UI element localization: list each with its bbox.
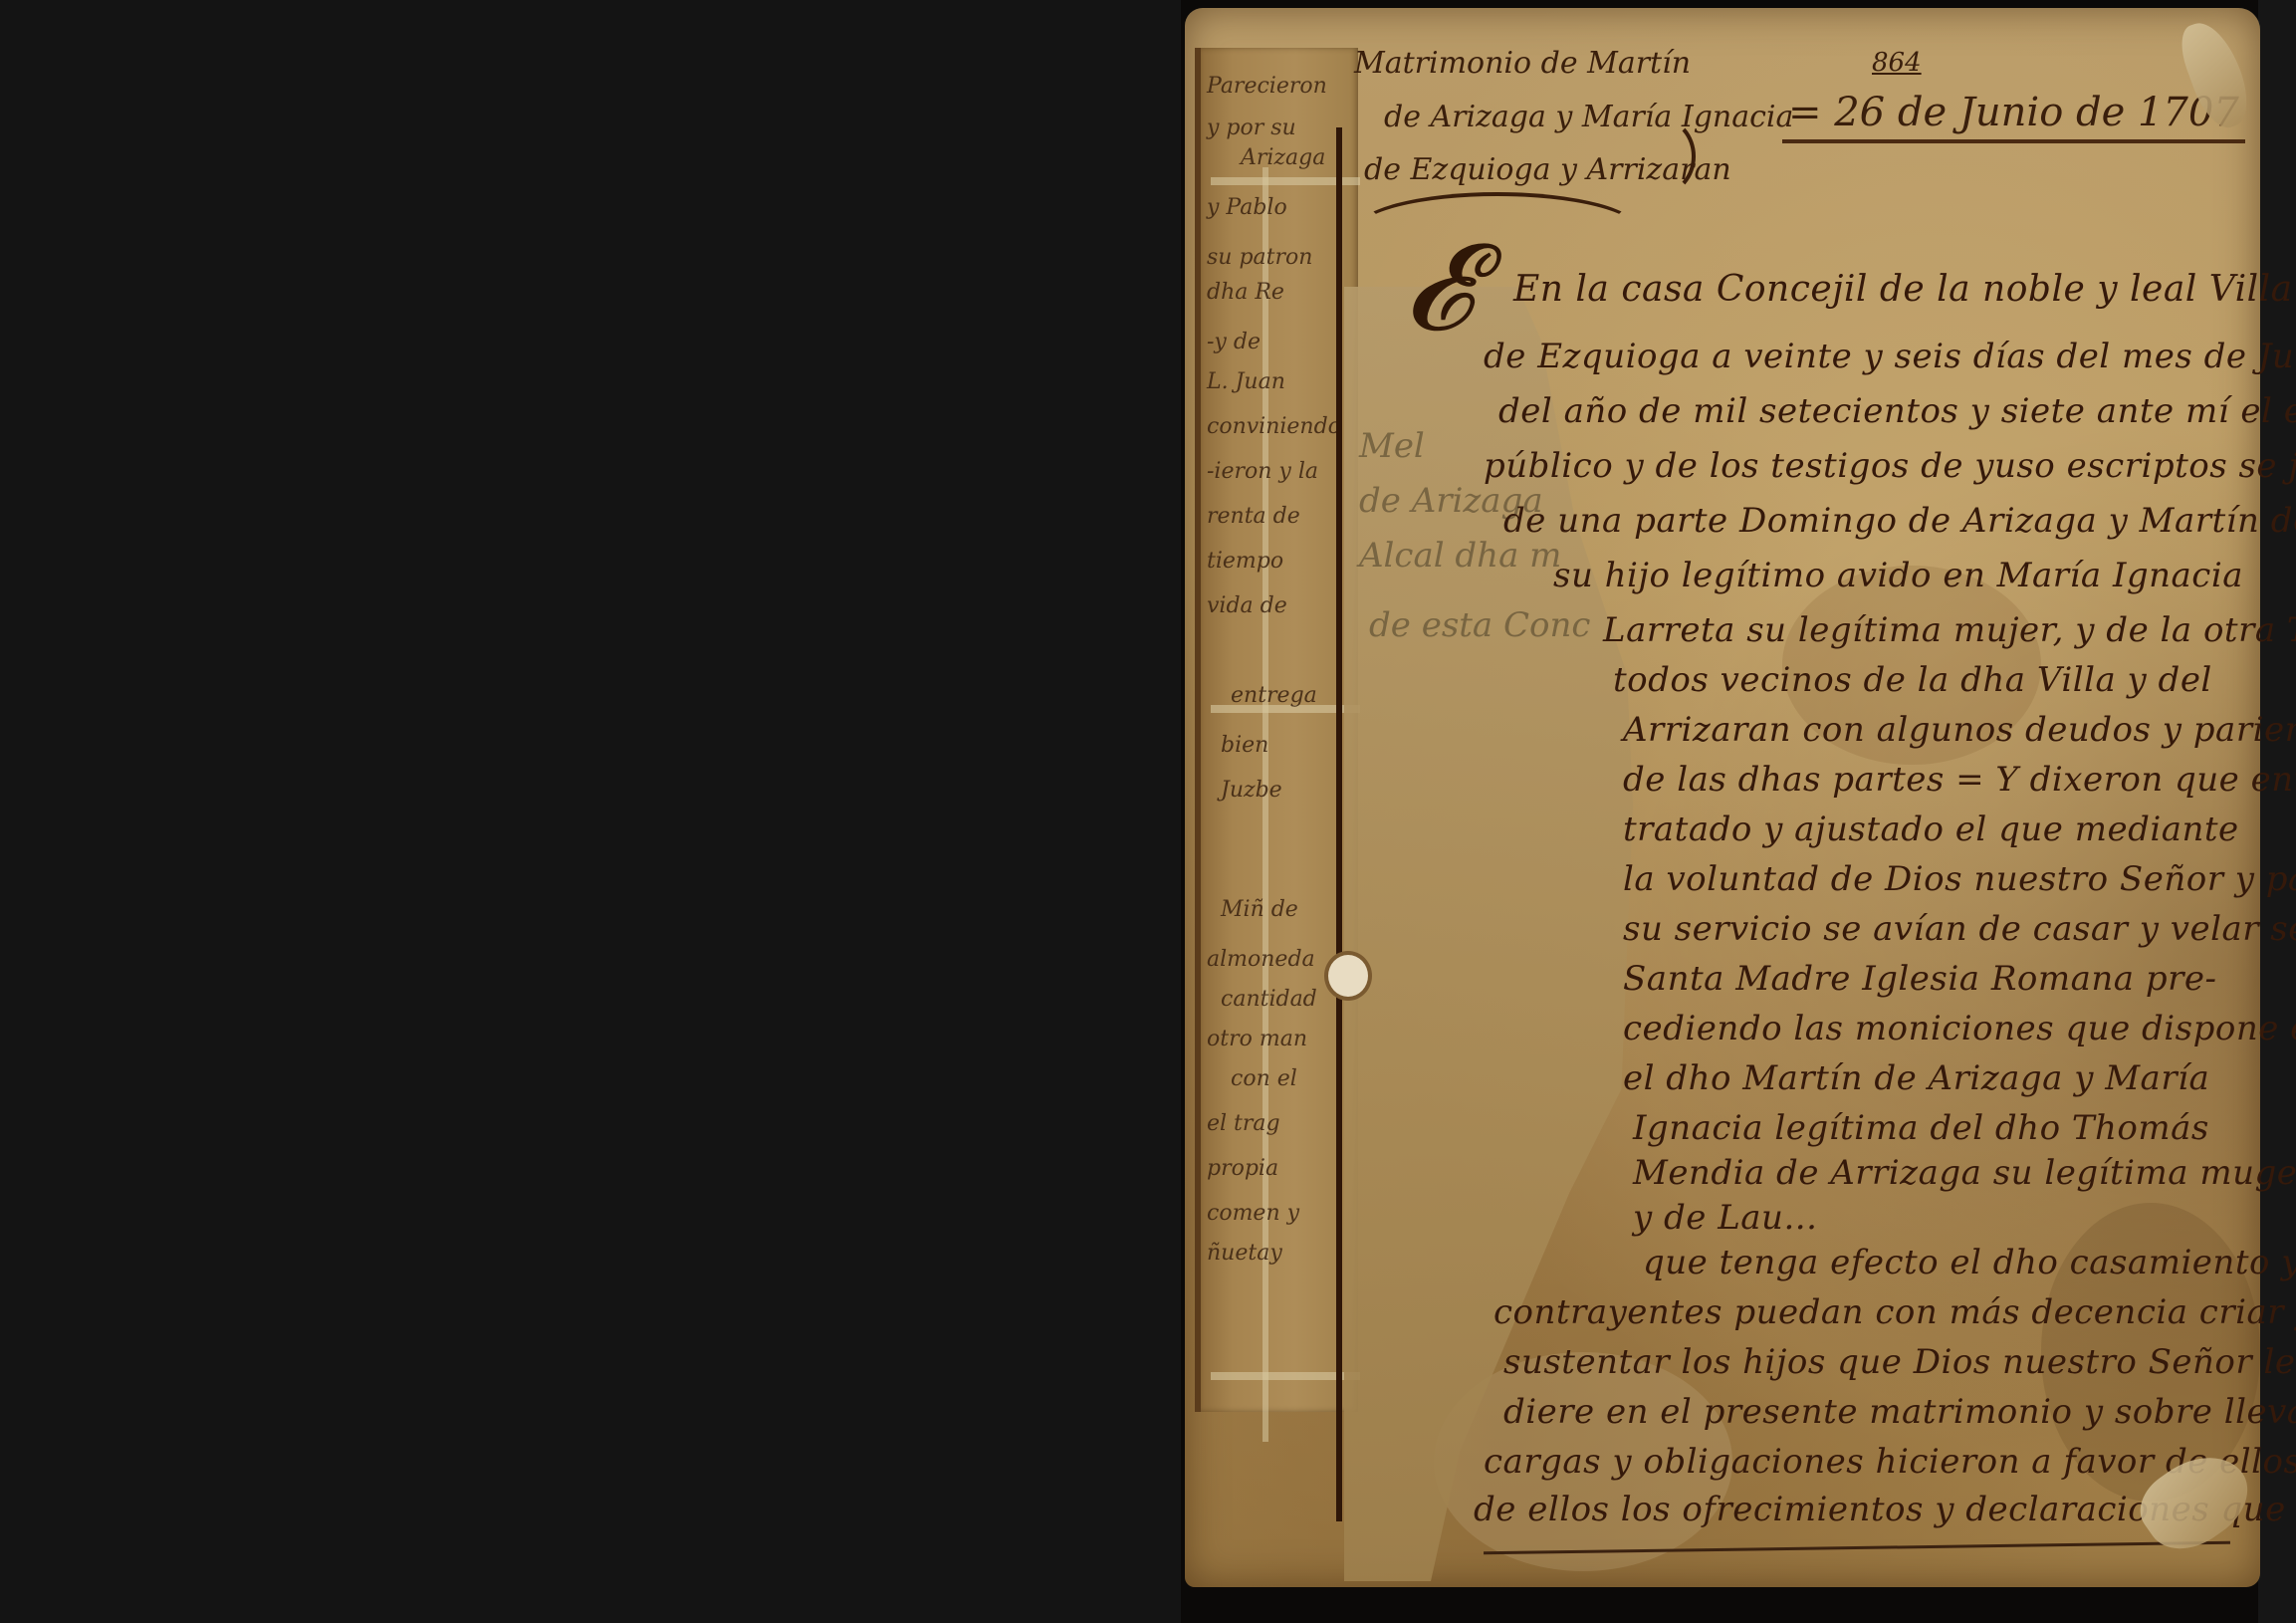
body-line: contrayentes puedan con más decencia cri… xyxy=(1493,1292,2296,1332)
margin-note: entrega xyxy=(1231,685,1317,707)
date-line: = 26 de Junio de 1707 xyxy=(1782,90,2245,143)
margin-note: almoneda xyxy=(1207,949,1315,971)
manuscript-page: Parecieron y por su Arizaga y Pablo su p… xyxy=(1185,8,2260,1587)
margin-note: Miñ de xyxy=(1221,899,1298,921)
margin-note: renta de xyxy=(1207,506,1300,528)
margin-note: otro man xyxy=(1207,1029,1307,1050)
body-line: que tenga efecto el dho casamiento y xyxy=(1643,1243,2296,1282)
margin-note: Juzbe xyxy=(1221,780,1282,802)
flap-text: Mel xyxy=(1359,426,1425,466)
margin-note: -y de xyxy=(1207,332,1261,353)
body-line: la voluntad de Dios nuestro Señor y para xyxy=(1623,859,2296,899)
heading-flourish xyxy=(1628,117,1696,195)
margin-note: Parecieron xyxy=(1207,76,1327,98)
margin-note: su patron xyxy=(1207,247,1312,269)
body-line: de Ezquioga a veinte y seis días del mes… xyxy=(1484,337,2296,376)
flap-text: Alcal dha m xyxy=(1359,536,1561,576)
opening-flourish xyxy=(1354,192,1641,270)
body-line: el dho Martín de Arizaga y María xyxy=(1623,1058,2209,1098)
viewer-background xyxy=(0,0,1181,1623)
body-line: Larreta su legítima mujer, y de la otra … xyxy=(1603,610,2296,650)
body-line: todos vecinos de la dha Villa y del xyxy=(1613,660,2212,700)
heading-line: Matrimonio de Martín xyxy=(1354,46,1691,81)
margin-ink-rule xyxy=(1336,127,1342,1521)
body-line: Arrizaran con algunos deudos y parientes xyxy=(1623,710,2296,750)
body-line: cediendo las moniciones que dispone el S… xyxy=(1623,1009,2296,1048)
margin-note: tiempo xyxy=(1207,551,1283,573)
paper-hole xyxy=(1324,951,1372,1001)
body-line: sustentar los hijos que Dios nuestro Señ… xyxy=(1503,1342,2296,1382)
body-line: su servicio se avían de casar y velar se… xyxy=(1623,909,2296,949)
body-line: del año de mil setecientos y siete ante … xyxy=(1498,391,2296,431)
margin-note: propia xyxy=(1207,1158,1278,1180)
body-line: tratado y ajustado el que mediante xyxy=(1623,810,2239,849)
folio-number: 864 xyxy=(1872,48,1922,78)
body-line: de una parte Domingo de Arizaga y Martín… xyxy=(1503,501,2296,541)
margin-note: con el xyxy=(1231,1068,1297,1090)
binding-margin-strip: Parecieron y por su Arizaga y Pablo su p… xyxy=(1195,48,1358,1412)
margin-note: cantidad xyxy=(1221,989,1317,1011)
margin-note: y Pablo xyxy=(1207,197,1287,219)
body-line: su hijo legítimo avido en María Ignacia xyxy=(1553,556,2243,595)
margin-note: conviniendo xyxy=(1207,416,1341,438)
margin-note: vida de xyxy=(1207,595,1287,617)
body-line: de las dhas partes = Y dixeron que entre xyxy=(1623,760,2296,800)
heading-line: de Arizaga y María Ignacia xyxy=(1384,100,1793,134)
margin-note: ñuetay xyxy=(1207,1243,1282,1265)
flap-text: de esta Conc xyxy=(1369,605,1590,645)
margin-note: L. Juan xyxy=(1207,371,1285,393)
body-line: y de Lau... xyxy=(1633,1198,1817,1238)
margin-note: -ieron y la xyxy=(1207,461,1318,483)
body-line: Santa Madre Iglesia Romana pre- xyxy=(1623,959,2217,999)
manuscript-scan: Parecieron y por su Arizaga y Pablo su p… xyxy=(1181,0,2296,1623)
body-line: Mendia de Arrizaga su legítima muger xyxy=(1633,1153,2296,1193)
body-line: Ignacia legítima del dho Thomás xyxy=(1633,1108,2209,1148)
body-line: En la casa Concejil de la noble y leal V… xyxy=(1513,269,2293,310)
margin-note: bien xyxy=(1221,735,1268,757)
body-line: público y de los testigos de yuso escrip… xyxy=(1484,446,2296,486)
margin-note: el trag xyxy=(1207,1113,1280,1135)
margin-note: dha Re xyxy=(1207,282,1284,304)
body-line: diere en el presente matrimonio y sobre … xyxy=(1503,1392,2296,1432)
margin-note: y por su xyxy=(1207,117,1296,139)
margin-note: Arizaga xyxy=(1241,147,1325,169)
margin-note: comen y xyxy=(1207,1203,1299,1225)
